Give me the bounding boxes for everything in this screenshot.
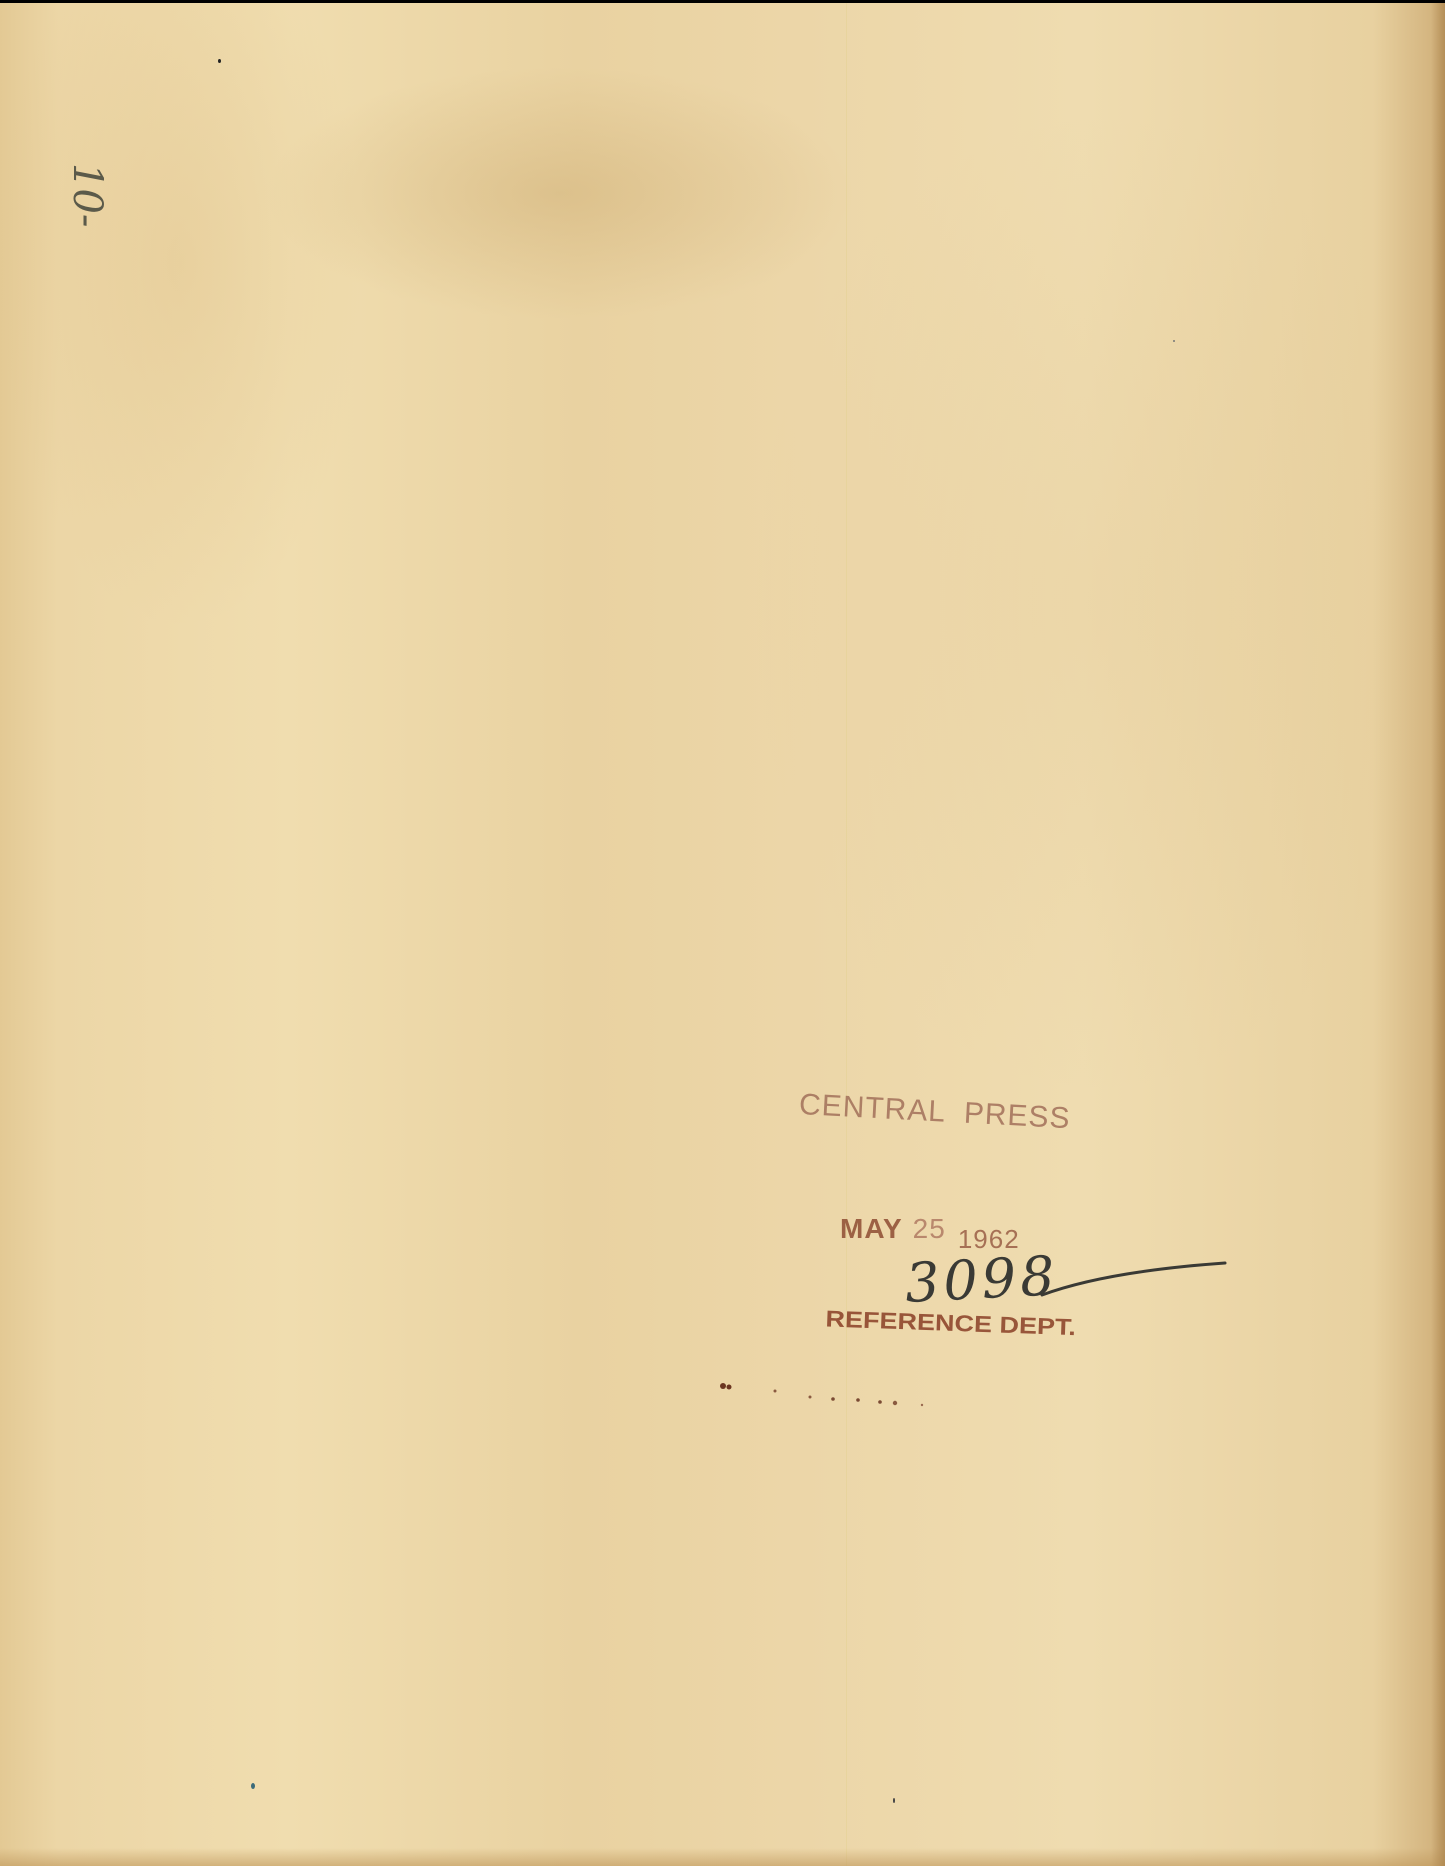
date-day: 25 bbox=[913, 1213, 946, 1244]
margin-note: 10- bbox=[64, 163, 110, 227]
dust-speck bbox=[893, 1798, 895, 1803]
dust-speck bbox=[218, 59, 221, 63]
dust-speck bbox=[251, 1783, 255, 1789]
paper-bottom-edge bbox=[0, 1848, 1445, 1866]
date-month: MAY bbox=[840, 1213, 903, 1244]
agency-stamp: CENTRALPRESS bbox=[798, 1088, 1071, 1136]
ink-smudge-dots bbox=[715, 1378, 935, 1408]
photo-back-sheet: 10- CENTRALPRESS MAY251962 3098 REFERENC… bbox=[0, 3, 1445, 1866]
date-stamp: MAY251962 bbox=[840, 1213, 1020, 1245]
pen-flourish-icon bbox=[1040, 1261, 1230, 1301]
paper-right-edge bbox=[1431, 3, 1445, 1866]
paper-fold-line bbox=[846, 3, 847, 1866]
agency-stamp-word1: CENTRAL bbox=[798, 1088, 947, 1129]
dust-speck bbox=[1173, 340, 1175, 342]
agency-stamp-word2: PRESS bbox=[963, 1097, 1071, 1136]
department-stamp: REFERENCE DEPT. bbox=[825, 1306, 1076, 1341]
reference-number: 3098 bbox=[903, 1244, 1060, 1315]
